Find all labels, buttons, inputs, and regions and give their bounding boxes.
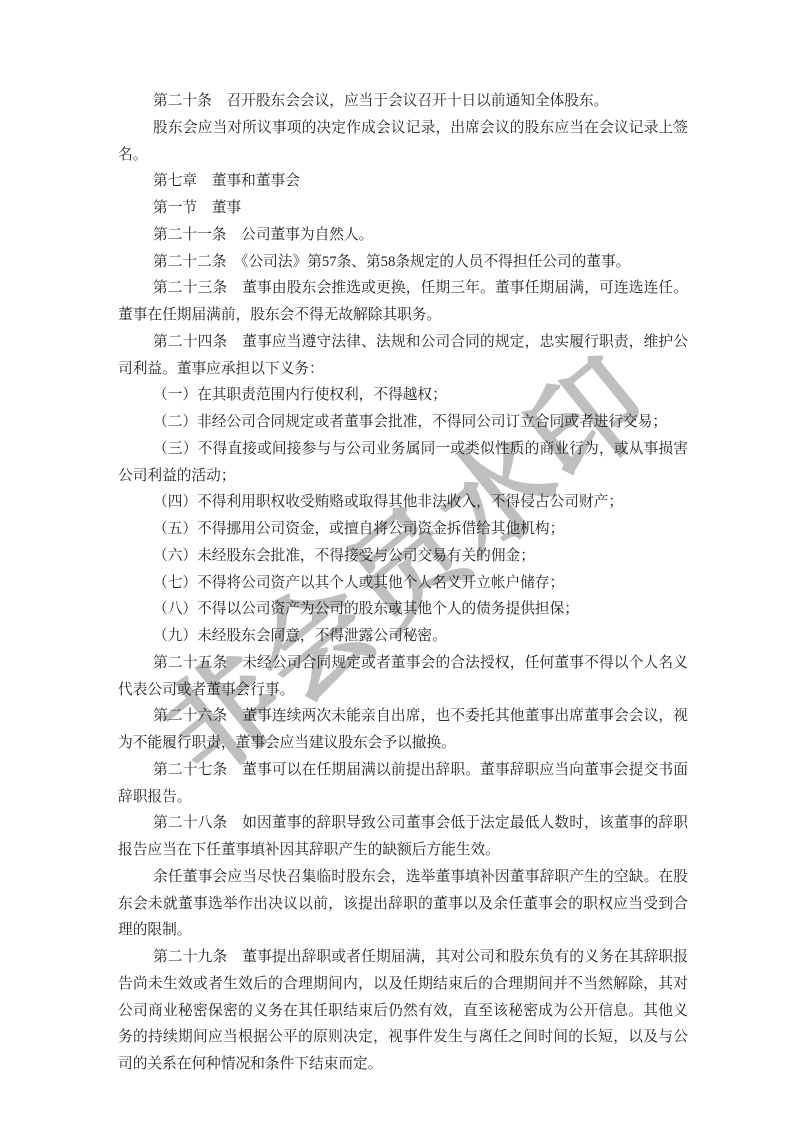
paragraph: （二）非经公司合同规定或者董事会批准，不得同公司订立合同或者进行交易； — [118, 409, 688, 436]
paragraph: （六）未经股东会批准，不得接受与公司交易有关的佣金； — [118, 543, 688, 570]
paragraph: 第二十六条 董事连续两次未能亲自出席，也不委托其他董事出席董事会会议，视为不能履… — [118, 703, 688, 757]
paragraph: 第二十七条 董事可以在任期届满以前提出辞职。董事辞职应当向董事会提交书面辞职报告… — [118, 757, 688, 811]
document-body: 第二十条 召开股东会会议，应当于会议召开十日以前通知全体股东。股东会应当对所议事… — [118, 88, 688, 1078]
paragraph: 第二十二条 《公司法》第57条、第58条规定的人员不得担任公司的董事。 — [118, 249, 688, 276]
document-page: 非会员水印 第二十条 召开股东会会议，应当于会议召开十日以前通知全体股东。股东会… — [0, 0, 800, 1131]
paragraph: （三）不得直接或间接参与与公司业务属同一或类似性质的商业行为，或从事损害公司利益… — [118, 436, 688, 490]
paragraph: （九）未经股东会同意，不得泄露公司秘密。 — [118, 623, 688, 650]
paragraph: 第二十四条 董事应当遵守法律、法规和公司合同的规定，忠实履行职责，维护公司利益。… — [118, 329, 688, 383]
paragraph: 第二十九条 董事提出辞职或者任期届满，其对公司和股东负有的义务在其辞职报告尚未生… — [118, 944, 688, 1078]
paragraph: （七）不得将公司资产以其个人或其他个人名义开立帐户储存； — [118, 570, 688, 597]
paragraph: 第七章 董事和董事会 — [118, 168, 688, 195]
paragraph: 第二十三条 董事由股东会推选或更换，任期三年。董事任期届满，可连选连任。董事在任… — [118, 275, 688, 329]
paragraph: 第二十一条 公司董事为自然人。 — [118, 222, 688, 249]
paragraph: 股东会应当对所议事项的决定作成会议记录，出席会议的股东应当在会议记录上签名。 — [118, 115, 688, 169]
paragraph: （五）不得挪用公司资金，或擅自将公司资金拆借给其他机构； — [118, 516, 688, 543]
paragraph: 第一节 董事 — [118, 195, 688, 222]
paragraph: （八）不得以公司资产为公司的股东或其他个人的债务提供担保； — [118, 596, 688, 623]
paragraph: 第二十五条 未经公司合同规定或者董事会的合法授权，任何董事不得以个人名义代表公司… — [118, 650, 688, 704]
paragraph: 第二十条 召开股东会会议，应当于会议召开十日以前通知全体股东。 — [118, 88, 688, 115]
paragraph: （一）在其职责范围内行使权利，不得越权； — [118, 382, 688, 409]
paragraph: （四）不得利用职权收受贿赂或取得其他非法收入，不得侵占公司财产； — [118, 489, 688, 516]
paragraph: 第二十八条 如因董事的辞职导致公司董事会低于法定最低人数时，该董事的辞职报告应当… — [118, 810, 688, 864]
paragraph: 余任董事会应当尽快召集临时股东会，选举董事填补因董事辞职产生的空缺。在股东会未就… — [118, 864, 688, 944]
